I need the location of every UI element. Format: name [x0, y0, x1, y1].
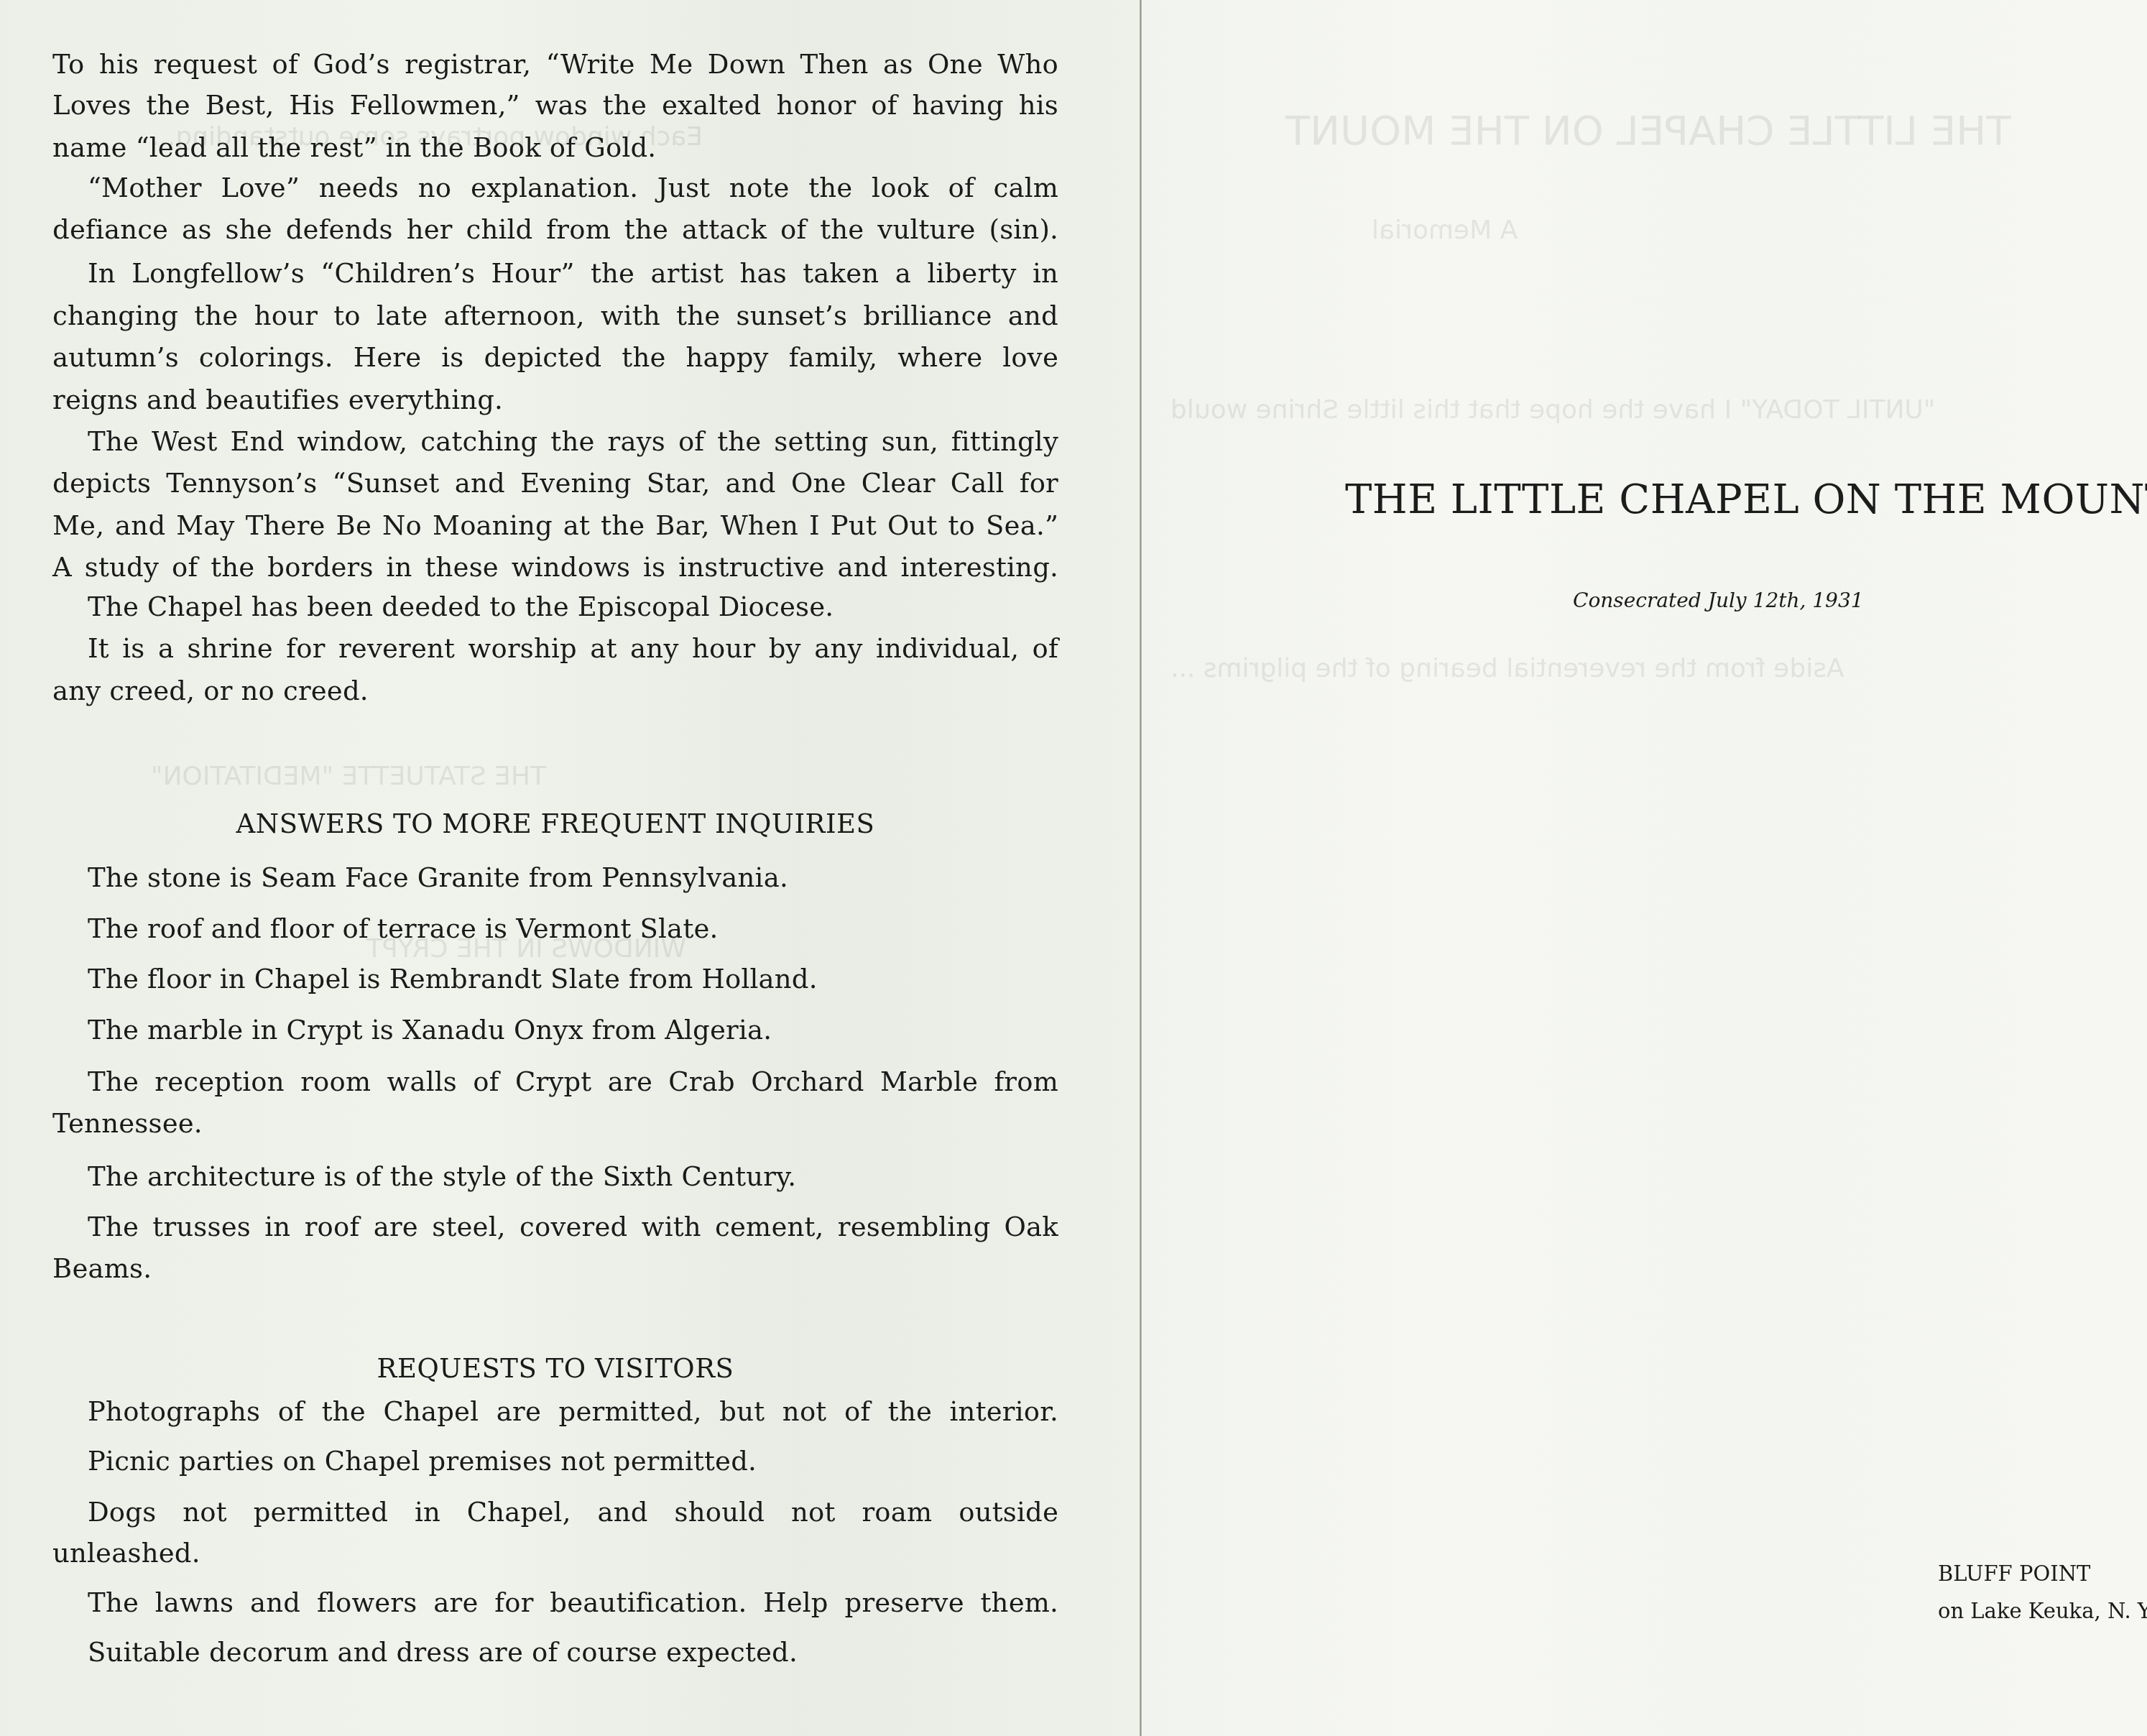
document-title: THE LITTLE CHAPEL ON THE MOUNT [1345, 477, 2121, 523]
right-page: THE LITTLE CHAPEL ON THE MOUNT A Memoria… [1142, 0, 2147, 1736]
body-text-line: A study of the borders in these windows … [52, 551, 1058, 584]
body-text-line: The West End window, catching the rays o… [88, 425, 1058, 458]
answer-item: The reception room walls of Crypt are Cr… [88, 1066, 1058, 1099]
answer-item: The floor in Chapel is Rembrandt Slate f… [88, 963, 1058, 996]
body-text-line: To his request of God’s registrar, “Writ… [52, 48, 1058, 81]
request-item: Photographs of the Chapel are permitted,… [88, 1395, 1058, 1428]
request-item: Dogs not permitted in Chapel, and should… [88, 1496, 1058, 1529]
bleed-through: "UNTIL TODAY" I have the hope that this … [1171, 395, 1935, 425]
answer-item: Tennessee. [52, 1107, 1058, 1140]
answer-item: The architecture is of the style of the … [88, 1160, 1058, 1193]
body-text-line: Loves the Best, His Fellowmen,” was the … [52, 89, 1058, 122]
body-text-line: The Chapel has been deeded to the Episco… [88, 591, 1058, 624]
answers-heading: ANSWERS TO MORE FREQUENT INQUIRIES [52, 808, 1058, 841]
bleed-through: THE STATUETTE "MEDITATION" [151, 762, 546, 791]
body-text-line: “Mother Love” needs no explanation. Just… [88, 172, 1058, 205]
body-text-line: Me, and May There Be No Moaning at the B… [52, 509, 1058, 542]
left-page: Each window portrays some outstanding...… [0, 0, 1140, 1736]
location-name: BLUFF POINT [1938, 1561, 2090, 1587]
request-item: Suitable decorum and dress are of course… [88, 1636, 1058, 1669]
requests-heading: REQUESTS TO VISITORS [52, 1352, 1058, 1385]
bleed-through: A Memorial [1372, 216, 1518, 245]
answer-item: The stone is Seam Face Granite from Penn… [88, 862, 1058, 895]
body-text-line: any creed, or no creed. [52, 675, 1058, 708]
bleed-through: THE LITTLE CHAPEL ON THE MOUNT [1285, 108, 2010, 154]
bleed-through: Aside from the reverential bearing of th… [1171, 654, 1844, 683]
body-text-line: reigns and beautifies everything. [52, 384, 1058, 417]
answer-item: The trusses in roof are steel, covered w… [88, 1211, 1058, 1244]
answer-item: The roof and floor of terrace is Vermont… [88, 913, 1058, 946]
consecration-date: Consecrated July 12th, 1931 [1573, 588, 1896, 614]
body-text-line: changing the hour to late afternoon, wit… [52, 300, 1058, 333]
request-item: Picnic parties on Chapel premises not pe… [88, 1445, 1058, 1478]
body-text-line: autumn’s colorings. Here is depicted the… [52, 341, 1058, 374]
answer-item: The marble in Crypt is Xanadu Onyx from … [88, 1014, 1058, 1047]
request-item: unleashed. [52, 1537, 1058, 1570]
body-text-line: defiance as she defends her child from t… [52, 213, 1058, 246]
body-text-line: depicts Tennyson’s “Sunset and Evening S… [52, 467, 1058, 500]
body-text-line: In Longfellow’s “Children’s Hour” the ar… [88, 257, 1058, 290]
request-item: The lawns and flowers are for beautifica… [88, 1587, 1058, 1620]
body-text-line: It is a shrine for reverent worship at a… [88, 632, 1058, 665]
body-text-line: name “lead all the rest” in the Book of … [52, 131, 1058, 165]
location-detail: on Lake Keuka, N. Y [1938, 1598, 2147, 1624]
answer-item: Beams. [52, 1252, 1058, 1285]
